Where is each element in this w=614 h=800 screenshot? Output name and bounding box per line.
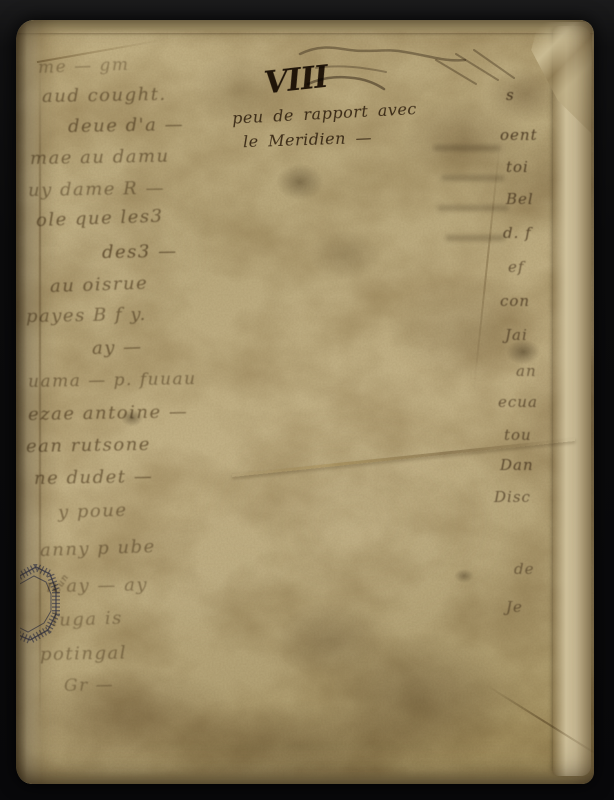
faded-inscription-line: uy dame R — xyxy=(28,178,165,201)
faded-inscription-fragment: s xyxy=(506,86,515,104)
faded-inscription-line: potingal xyxy=(40,642,127,665)
faded-inscription-line: y poue xyxy=(58,500,128,523)
faded-inscription-line: ne dudet — xyxy=(34,466,154,489)
faded-inscription-line: ole que les3 xyxy=(36,206,164,231)
faded-inscription-fragment: an xyxy=(516,362,537,380)
faded-inscription-fragment: Disc xyxy=(494,488,531,506)
faded-inscription-fragment: de xyxy=(514,560,534,578)
faded-inscription-fragment: oent xyxy=(500,126,538,144)
faded-inscription-line: ay — xyxy=(92,336,143,359)
photo-backdrop: VIII peu de rapport avec le Meridien — m… xyxy=(0,0,614,800)
faded-inscription-fragment: ef xyxy=(508,258,524,276)
faded-inscription-line: des3 — xyxy=(102,241,178,263)
faded-inscription-line: deue d'a — xyxy=(68,114,184,137)
faded-inscription-line: payes B f y. xyxy=(26,304,147,327)
faded-inscription-line: au oisrue xyxy=(50,273,149,297)
faded-inscription-fragment: Dan xyxy=(500,456,534,474)
handwritten-inscriptions: VIII peu de rapport avec le Meridien — m… xyxy=(16,20,594,784)
faded-inscription-line: Gr — xyxy=(64,675,114,696)
archivist-note-line2: le Meridien — xyxy=(243,128,373,151)
faded-inscription-fragment: d. f xyxy=(503,224,532,242)
faded-inscription-line: anny p ube xyxy=(40,536,156,561)
faded-inscription-fragment: Bel xyxy=(506,190,534,208)
faded-inscription-fragment: toi xyxy=(506,158,529,176)
faded-inscription-line: mae au damu xyxy=(30,146,170,169)
faded-inscription-line: me — gm xyxy=(38,55,130,78)
faded-inscription-line: ezae antoine — xyxy=(28,401,189,425)
faded-inscription-fragment: Jai xyxy=(505,326,528,344)
faded-inscription-fragment: con xyxy=(500,292,530,310)
manuscript-front-cover: VIII peu de rapport avec le Meridien — m… xyxy=(16,20,594,784)
volume-number: VIII xyxy=(262,59,329,101)
archivist-note-line1: peu de rapport avec xyxy=(232,99,418,128)
faded-inscription-fragment: tou xyxy=(504,426,532,444)
faded-inscription-line: ean rutsone xyxy=(26,434,151,457)
faded-inscription-fragment: Je xyxy=(506,598,523,616)
faded-inscription-line: aud cought. xyxy=(42,84,167,107)
faded-inscription-fragment: ecua xyxy=(498,393,538,411)
faded-inscription-line: luga is xyxy=(52,608,124,631)
faded-inscription-line: uama — p. fuuau xyxy=(28,369,197,392)
